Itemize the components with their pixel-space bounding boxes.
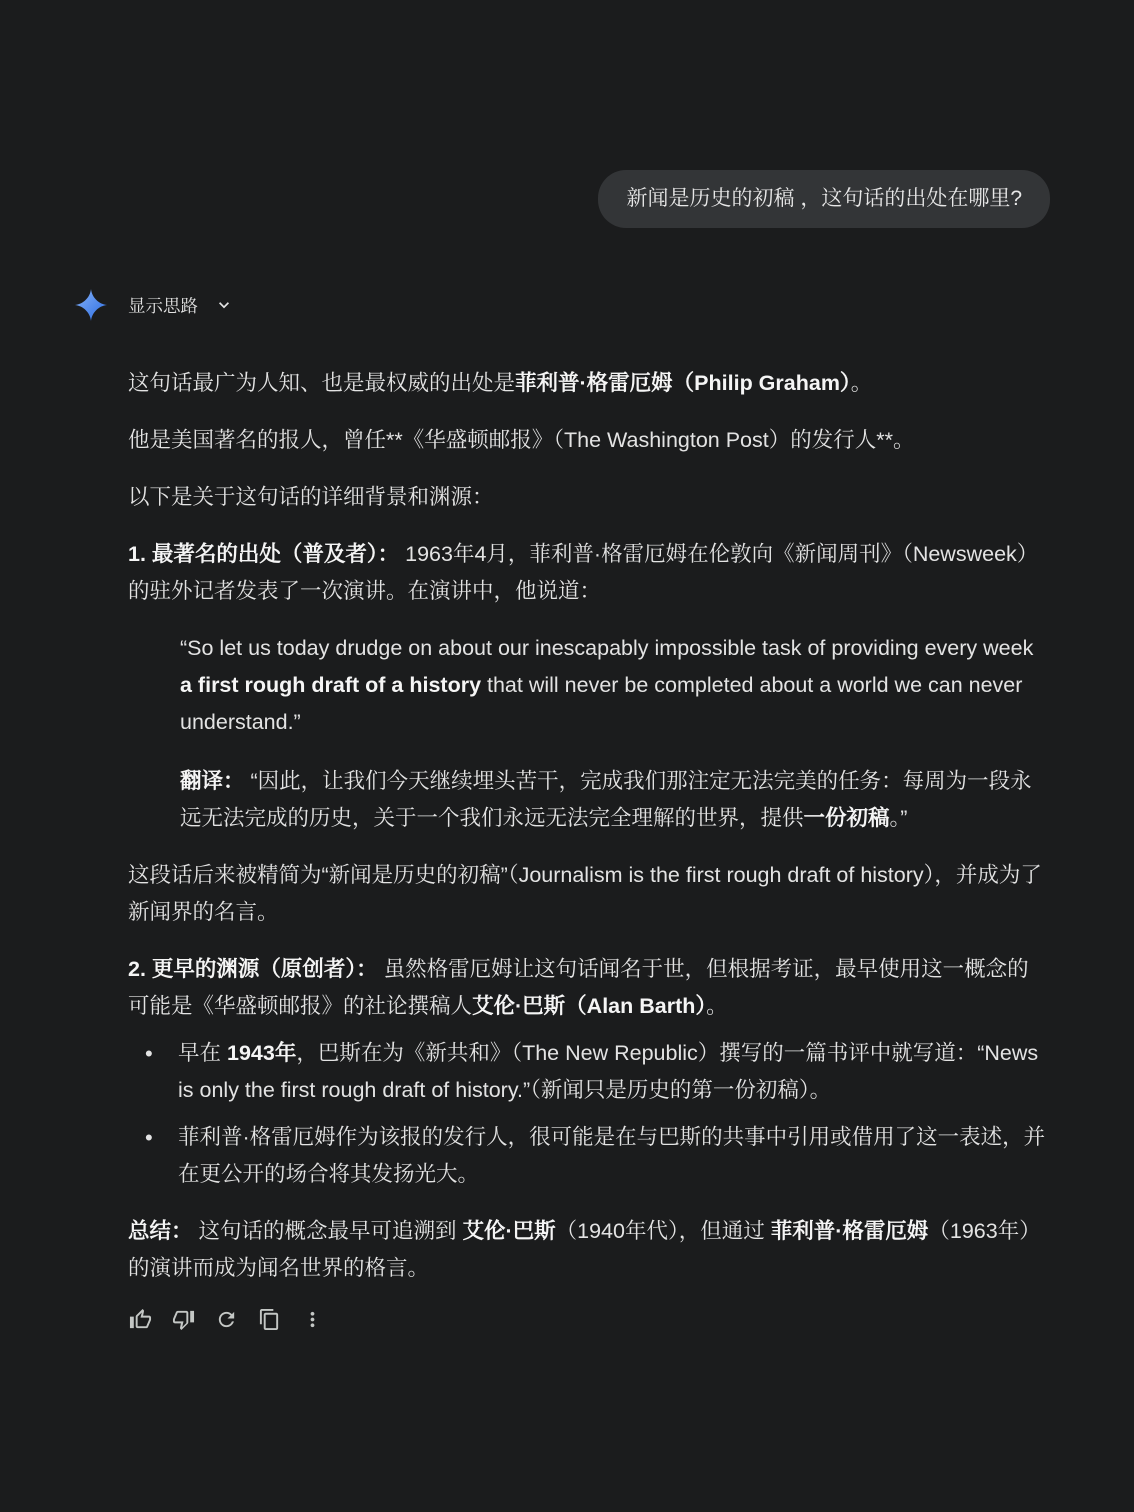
thinking-header: 显示思路 — [75, 289, 1134, 321]
thumbs-down-button[interactable] — [171, 1307, 195, 1331]
more-options-icon — [301, 1308, 324, 1331]
quote-paragraph: “So let us today drudge on about our ine… — [180, 630, 1050, 741]
response-paragraph: 这句话最广为人知、也是最权威的出处是菲利普·格雷厄姆（Philip Graham… — [128, 365, 1050, 402]
regenerate-button[interactable] — [214, 1307, 238, 1331]
thumbs-down-icon — [172, 1308, 195, 1331]
chevron-down-icon — [214, 295, 234, 315]
user-message-bubble: 新闻是历史的初稿 ，这句话的出处在哪里? — [598, 170, 1050, 228]
bullet-list: 早在 1943年，巴斯在为《新共和》（The New Republic）撰写的一… — [128, 1035, 1050, 1193]
regenerate-icon — [215, 1308, 238, 1331]
thumbs-up-button[interactable] — [128, 1307, 152, 1331]
response-body: 这句话最广为人知、也是最权威的出处是菲利普·格雷厄姆（Philip Graham… — [128, 365, 1050, 1287]
quote-block: “So let us today drudge on about our ine… — [128, 630, 1050, 837]
show-thinking-label: 显示思路 — [128, 293, 198, 318]
gemini-chat-screen: 新闻是历史的初稿 ，这句话的出处在哪里? 显示思路 这句话最广为人知、也是最权威… — [0, 0, 1134, 1512]
copy-button[interactable] — [257, 1307, 281, 1331]
response-paragraph: 他是美国著名的报人，曾任**《华盛顿邮报》（The Washington Pos… — [128, 422, 1050, 459]
copy-icon — [258, 1308, 281, 1331]
response-action-bar — [128, 1307, 1134, 1331]
response-paragraph: 以下是关于这句话的详细背景和渊源： — [128, 479, 1050, 516]
list-item: 菲利普·格雷厄姆作为该报的发行人，很可能是在与巴斯的共事中引用或借用了这一表述，… — [128, 1119, 1050, 1193]
more-options-button[interactable] — [300, 1307, 324, 1331]
thumbs-up-icon — [129, 1308, 152, 1331]
user-message-row: 新闻是历史的初稿 ，这句话的出处在哪里? — [0, 0, 1134, 228]
response-paragraph: 总结： 这句话的概念最早可追溯到 艾伦·巴斯（1940年代），但通过 菲利普·格… — [128, 1213, 1050, 1287]
response-paragraph: 这段话后来被精简为“新闻是历史的初稿”（Journalism is the fi… — [128, 857, 1050, 931]
response-paragraph: 2. 更早的渊源（原创者）： 虽然格雷厄姆让这句话闻名于世，但根据考证，最早使用… — [128, 951, 1050, 1025]
gemini-sparkle-icon — [75, 289, 107, 321]
quote-paragraph: 翻译： “因此，让我们今天继续埋头苦干，完成我们那注定无法完美的任务：每周为一段… — [180, 763, 1050, 837]
response-paragraph: 1. 最著名的出处（普及者）： 1963年4月，菲利普·格雷厄姆在伦敦向《新闻周… — [128, 536, 1050, 610]
list-item: 早在 1943年，巴斯在为《新共和》（The New Republic）撰写的一… — [128, 1035, 1050, 1109]
show-thinking-toggle[interactable]: 显示思路 — [107, 293, 234, 318]
